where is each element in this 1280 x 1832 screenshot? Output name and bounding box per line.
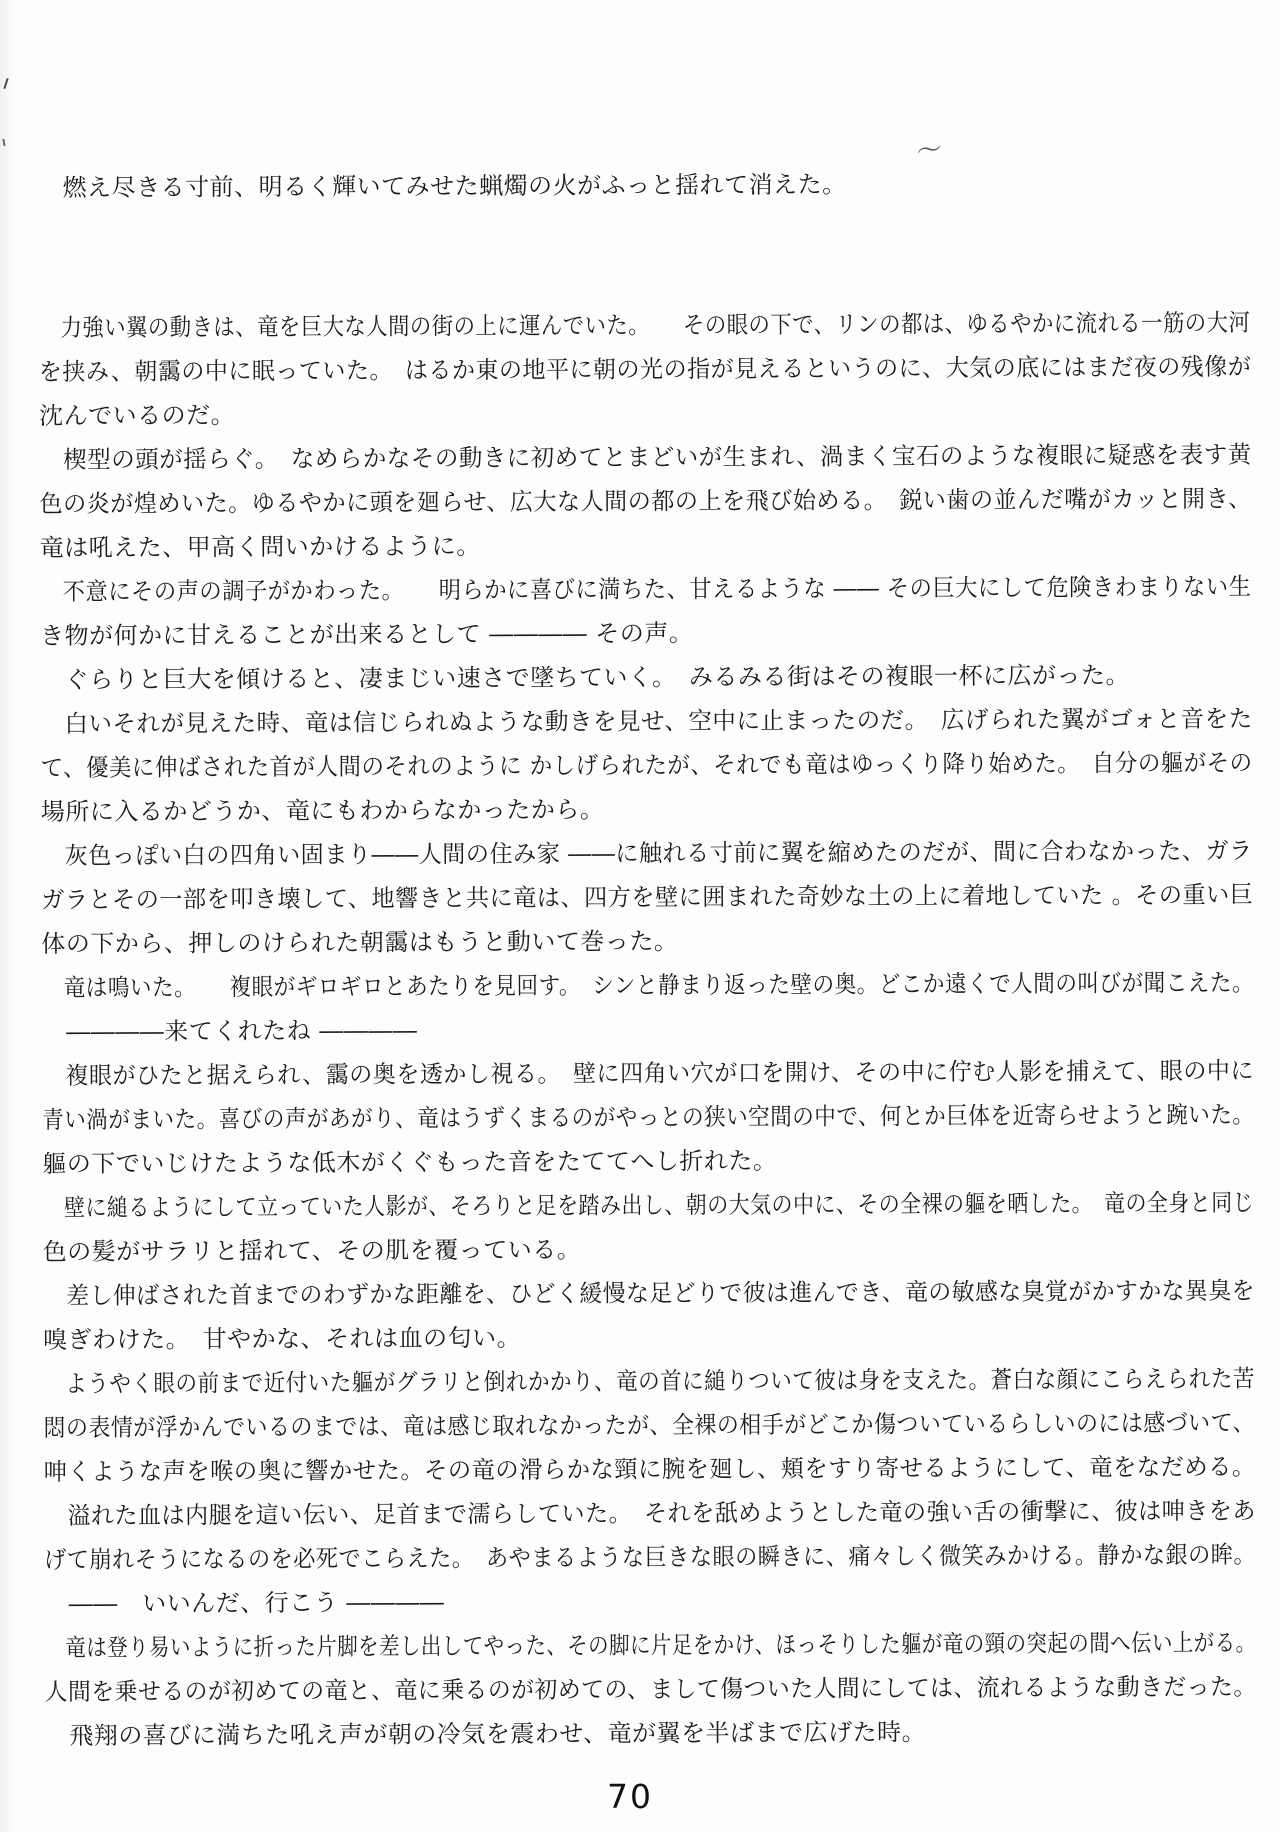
opening-line: 燃え尽きる寸前、明るく輝いてみせた蝋燭の火がふっと揺れて消えた。 bbox=[38, 163, 1250, 208]
pen-squiggle-mark: 〜 bbox=[912, 128, 945, 170]
text-line: 楔型の頭が揺らぐ。 なめらかなその動きに初めてとまどいが生まれ、渦まく宝石のよう… bbox=[39, 433, 1226, 482]
text-line: ガラとその一部を叩き壊して、地響きと共に竜は、四方を壁に囲まれた奇妙な土の上に着… bbox=[41, 873, 1210, 922]
text-line: 青い渦がまいた。喜びの声があがり、竜はうずくまるのがやっとの狭い空間の中で、何と… bbox=[42, 1093, 1134, 1142]
text-line: 呻くような声を喉の奥に響かせた。その竜の滑らかな頸に腕を廻し、頬をすり寄せるよう… bbox=[44, 1445, 1220, 1494]
text-line: 飛翔の喜びに満ちた吼え声が朝の冷気を震わせ、竜が翼を半ばまで広げた時。 bbox=[45, 1709, 1257, 1758]
text-line: 差し伸ばされた首までのわずかな距離を、ひどく緩慢な足どりで彼は進んでき、竜の敏感… bbox=[43, 1269, 1197, 1318]
text-line: ようやく眼の前まで近付いた軀がグラリと倒れかかり、竜の首に縋りついて彼は身を支え… bbox=[43, 1357, 1133, 1406]
text-line: 色の炎が煌めいた。ゆるやかに頭を廻らせ、広大な人間の都の上を飛び始める。 鋭い歯… bbox=[39, 477, 1206, 526]
text-line: ――――来てくれたね ―――― bbox=[42, 1005, 1254, 1054]
text-line: 軀の下でいじけたような低木がくぐもった音をたててへし折れた。 bbox=[42, 1137, 1254, 1186]
text-line: 複眼がひたと据えられ、靄の奥を透かし視る。 壁に四角い穴が口を開け、その中に佇む… bbox=[42, 1049, 1206, 1098]
text-line: て、優美に伸ばされた首が人間のそれのように かしげられたが、それでも竜はゆっくり… bbox=[41, 741, 1176, 790]
text-line: 場所に入るかどうか、竜にもわからなかったから。 bbox=[41, 785, 1253, 834]
text-line: ぐらりと巨大を傾けると、凄まじい速さで墜ちていく。 みるみる街はその複眼一杯に広… bbox=[40, 653, 1252, 702]
text-line: 壁に縋るようにして立っていた人影が、そろりと足を踏み出し、朝の大気の中に、その全… bbox=[42, 1181, 1103, 1230]
text-line: 竜は吼えた、甲高く問いかけるように。 bbox=[40, 521, 1252, 570]
text-line: 力強い翼の動きは、竜を巨大な人間の街の上に運んでいた。 その眼の下で、リンの都は… bbox=[39, 301, 1119, 350]
text-line: き物が何かに甘えることが出来るとして ―――― その声。 bbox=[40, 609, 1252, 658]
body-lines: 力強い翼の動きは、竜を巨大な人間の街の上に運んでいた。 その眼の下で、リンの都は… bbox=[39, 301, 1257, 1758]
text-line: 白いそれが見えた時、竜は信じられぬような動きを見せ、空中に止まったのだ。 広げら… bbox=[40, 697, 1229, 746]
scanned-novel-page: 〜 燃え尽きる寸前、明るく輝いてみせた蝋燭の火がふっと揺れて消えた。 力強い翼の… bbox=[0, 0, 1280, 1832]
text-line: 灰色っぽい白の四角い固まり――人間の住み家 ――に触れる寸前に翼を縮めたのだが、… bbox=[41, 829, 1209, 878]
text-line: げて崩れそうになるのを必死でこらえた。 あやまるような巨きな眼の瞬きに、痛々しく… bbox=[44, 1533, 1165, 1582]
text-line: 悶の表情が浮かんでいるのまでは、竜は感じ取れなかったが、全裸の相手がどこか傷つい… bbox=[43, 1401, 1153, 1450]
text-line: 竜は登り易いように折った片脚を差し出してやった、その脚に片足をかけ、ほっそりした… bbox=[44, 1621, 1079, 1670]
text-line: 不意にその声の調子がかわった。 明らかに喜びに満ちた、甘えるような ―― その巨… bbox=[40, 565, 1168, 614]
text-block: 燃え尽きる寸前、明るく輝いてみせた蝋燭の火がふっと揺れて消えた。 力強い翼の動き… bbox=[38, 163, 1257, 1758]
text-line: 色の髪がサラリと揺れて、その肌を覆っている。 bbox=[43, 1225, 1255, 1274]
text-line: 人間を乗せるのが初めての竜と、竜に乗るのが初めての、まして傷ついた人間にしては、… bbox=[45, 1665, 1199, 1714]
scan-gutter-shadow bbox=[0, 0, 14, 1832]
text-line: ―― いいんだ、行こう ―――― bbox=[44, 1577, 1256, 1626]
text-line: 竜は鳴いた。 複眼がギロギロとあたりを見回す。 シンと静まり返った壁の奥。どこか… bbox=[41, 961, 1133, 1010]
text-line: 嗅ぎわけた。 甘やかな、それは血の匂い。 bbox=[43, 1313, 1255, 1362]
text-line: 沈んでいるのだ。 bbox=[39, 389, 1251, 438]
text-line: 溢れた血は内腿を這い伝い、足首まで濡らしていた。 それを舐めようとした竜の強い舌… bbox=[44, 1489, 1208, 1538]
text-line: を挟み、朝靄の中に眠っていた。 はるか東の地平に朝の光の指が見えるというのに、大… bbox=[39, 345, 1202, 394]
page-number: 70 bbox=[0, 1777, 1260, 1816]
text-line: 体の下から、押しのけられた朝靄はもうと動いて巻った。 bbox=[41, 917, 1253, 966]
